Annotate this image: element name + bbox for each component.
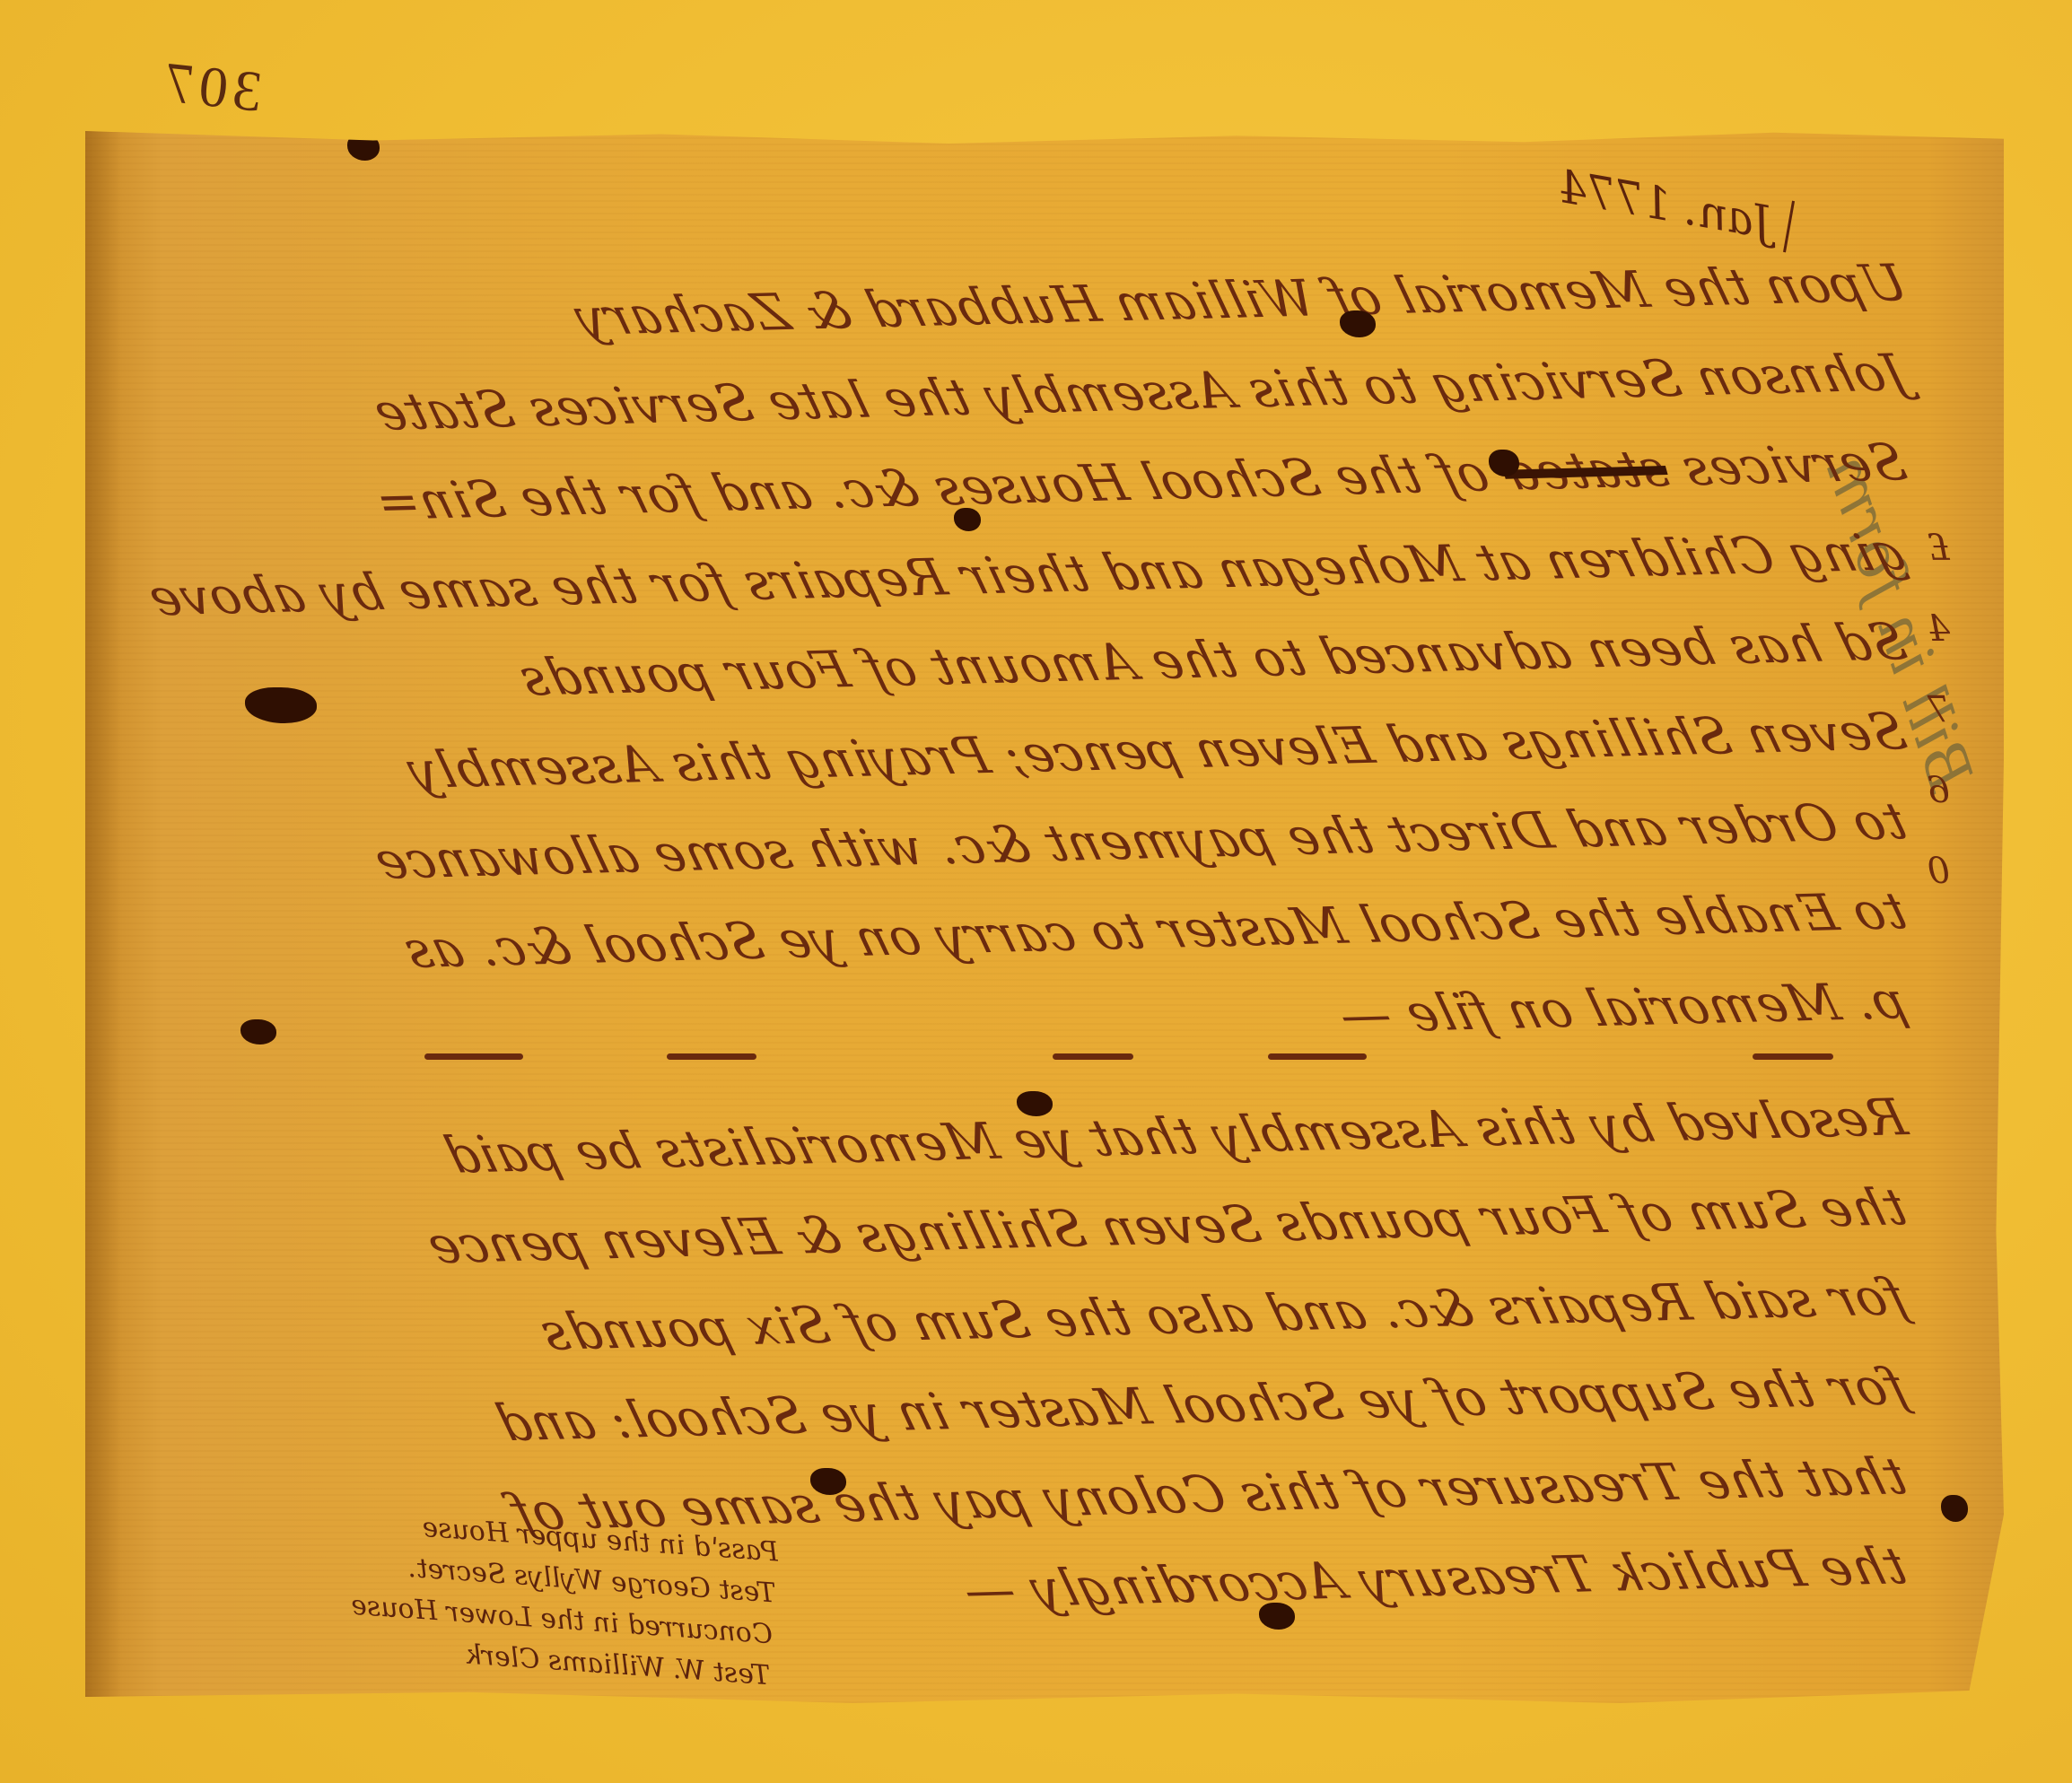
- ledger-mark: £: [1928, 508, 1950, 589]
- mirrored-content: Jan. 1774 Bill in form £ 4 7 6 0 Upon th…: [85, 131, 2004, 1703]
- dash: [1053, 1053, 1133, 1060]
- manuscript-sheet: Jan. 1774 Bill in form £ 4 7 6 0 Upon th…: [85, 131, 2004, 1703]
- separator-dashes: [362, 1046, 1905, 1073]
- page-number: 307: [156, 48, 265, 126]
- ledger-marks: £ 4 7 6 0: [1928, 508, 1950, 912]
- line-text: Services: [1658, 433, 1913, 498]
- ledger-mark: 4: [1928, 589, 1950, 669]
- ink-blot: [1489, 450, 1519, 476]
- ink-blot: [240, 1019, 276, 1044]
- ink-blot: [245, 687, 317, 723]
- ink-blot: [1259, 1603, 1295, 1630]
- ledger-mark: 6: [1928, 750, 1950, 831]
- ink-blot: [954, 508, 981, 531]
- line-text: of the School Houses &c. and for the Sin…: [368, 444, 1511, 532]
- ledger-mark: 7: [1928, 669, 1950, 750]
- ledger-mark: 0: [1928, 831, 1950, 912]
- dash: [424, 1053, 523, 1060]
- dash: [667, 1053, 756, 1060]
- manuscript-body: Upon the Memorial of William Hubbard & Z…: [362, 239, 1905, 1612]
- attestation-block: Pass'd in the upper House Test George Wy…: [346, 1503, 779, 1697]
- ink-blot: [1941, 1495, 1968, 1522]
- dash: [1268, 1053, 1367, 1060]
- struck-text: stated: [1496, 440, 1674, 503]
- ink-blot: [810, 1468, 846, 1495]
- ink-blot: [1340, 310, 1376, 337]
- dash: [1753, 1053, 1833, 1060]
- ink-blot: [347, 134, 380, 161]
- ink-blot: [1017, 1091, 1053, 1116]
